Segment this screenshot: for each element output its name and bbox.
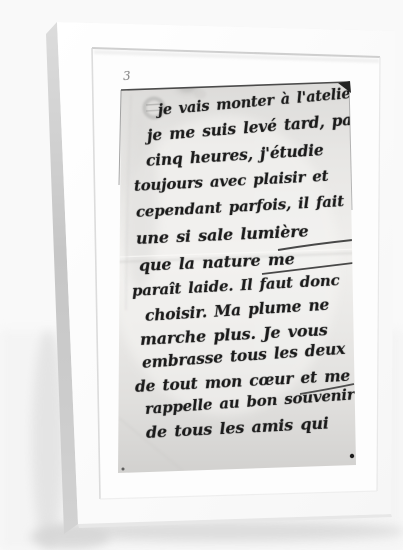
letter-line: cependant parfois, il fait (136, 193, 345, 221)
page-number: 3 (123, 69, 132, 83)
letter-line: une si sale lumière (136, 222, 309, 248)
letter-line: que la nature me (139, 250, 295, 275)
letter-line: de tous les amis qui (146, 414, 330, 442)
letter-line: toujours avec plaisir et (134, 168, 329, 195)
letter-line: choisir. Ma plume ne (144, 296, 329, 325)
letter-line: cinq heures, j'étudie (145, 141, 324, 170)
framed-letter-scene: 3 je vais monter à l'atelier, je me suis… (0, 0, 403, 550)
